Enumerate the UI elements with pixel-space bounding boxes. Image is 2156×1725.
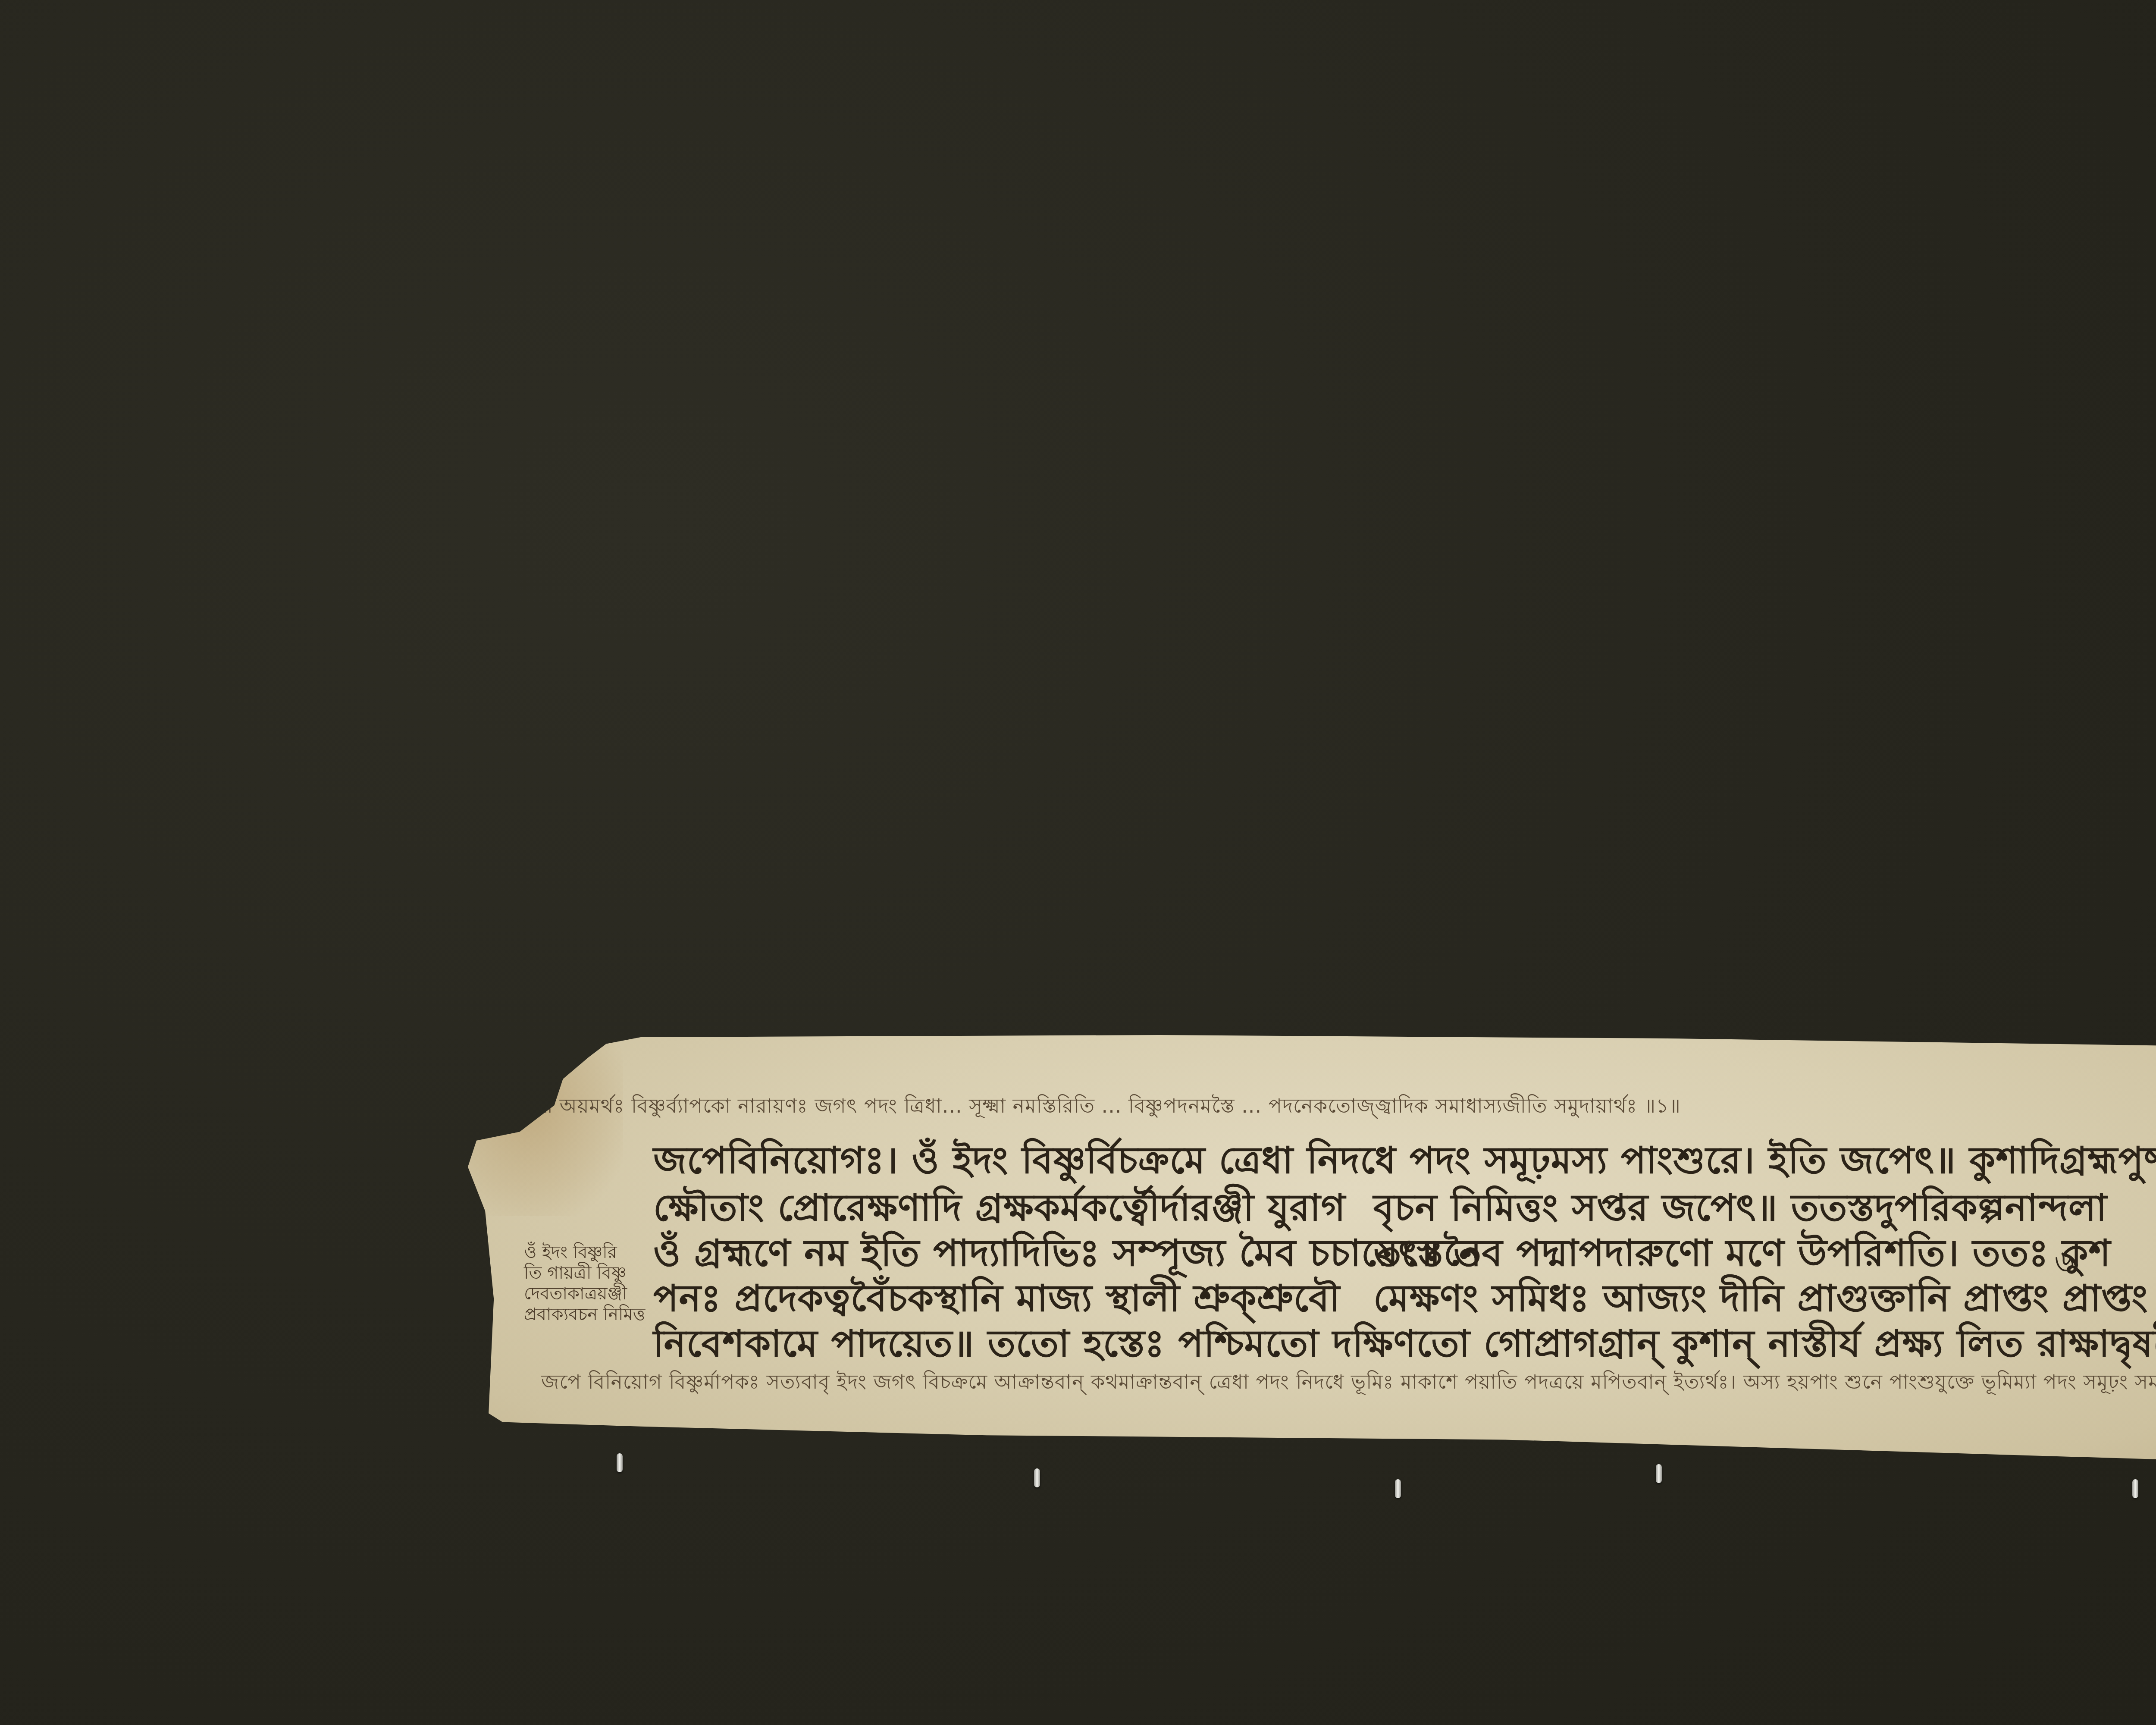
mounting-pin (617, 1453, 623, 1472)
top-marginal-gloss: ॥ অয়মর্থঃ বিষ্ণুর্ব্যাপকো নারায়ণঃ জগৎ … (541, 1091, 1681, 1124)
mounting-pin (1034, 1468, 1040, 1487)
dark-mounting-board (0, 0, 2156, 1725)
left-margin-note: ওঁ ইদং বিষ্ণুরি তি গায়ত্রী বিষ্ণু দেবতা… (524, 1242, 645, 1325)
bottom-marginal-gloss: জপে বিনিয়োগ বিষ্ণুর্মাপকঃ সত্যবাবৃ ইদং … (541, 1367, 2156, 1400)
manuscript-leaf: ॥ অয়মর্থঃ বিষ্ণুর্ব্যাপকো নারায়ণঃ জগৎ … (468, 1035, 2156, 1475)
margin-note-line: দেবতাকাত্রয়ঞ্জী (524, 1283, 645, 1304)
folio-number: ৬ (2055, 1238, 2075, 1288)
margin-note-line: প্রবাক্যবচন নিমিত্ত (524, 1304, 645, 1325)
mounting-pin (1395, 1479, 1401, 1498)
mounting-pin (1656, 1464, 1662, 1483)
margin-note-line: তি গায়ত্রী বিষ্ণু (524, 1263, 645, 1283)
mounting-pin (2132, 1479, 2138, 1498)
margin-note-line: ওঁ ইদং বিষ্ণুরি (524, 1242, 645, 1263)
